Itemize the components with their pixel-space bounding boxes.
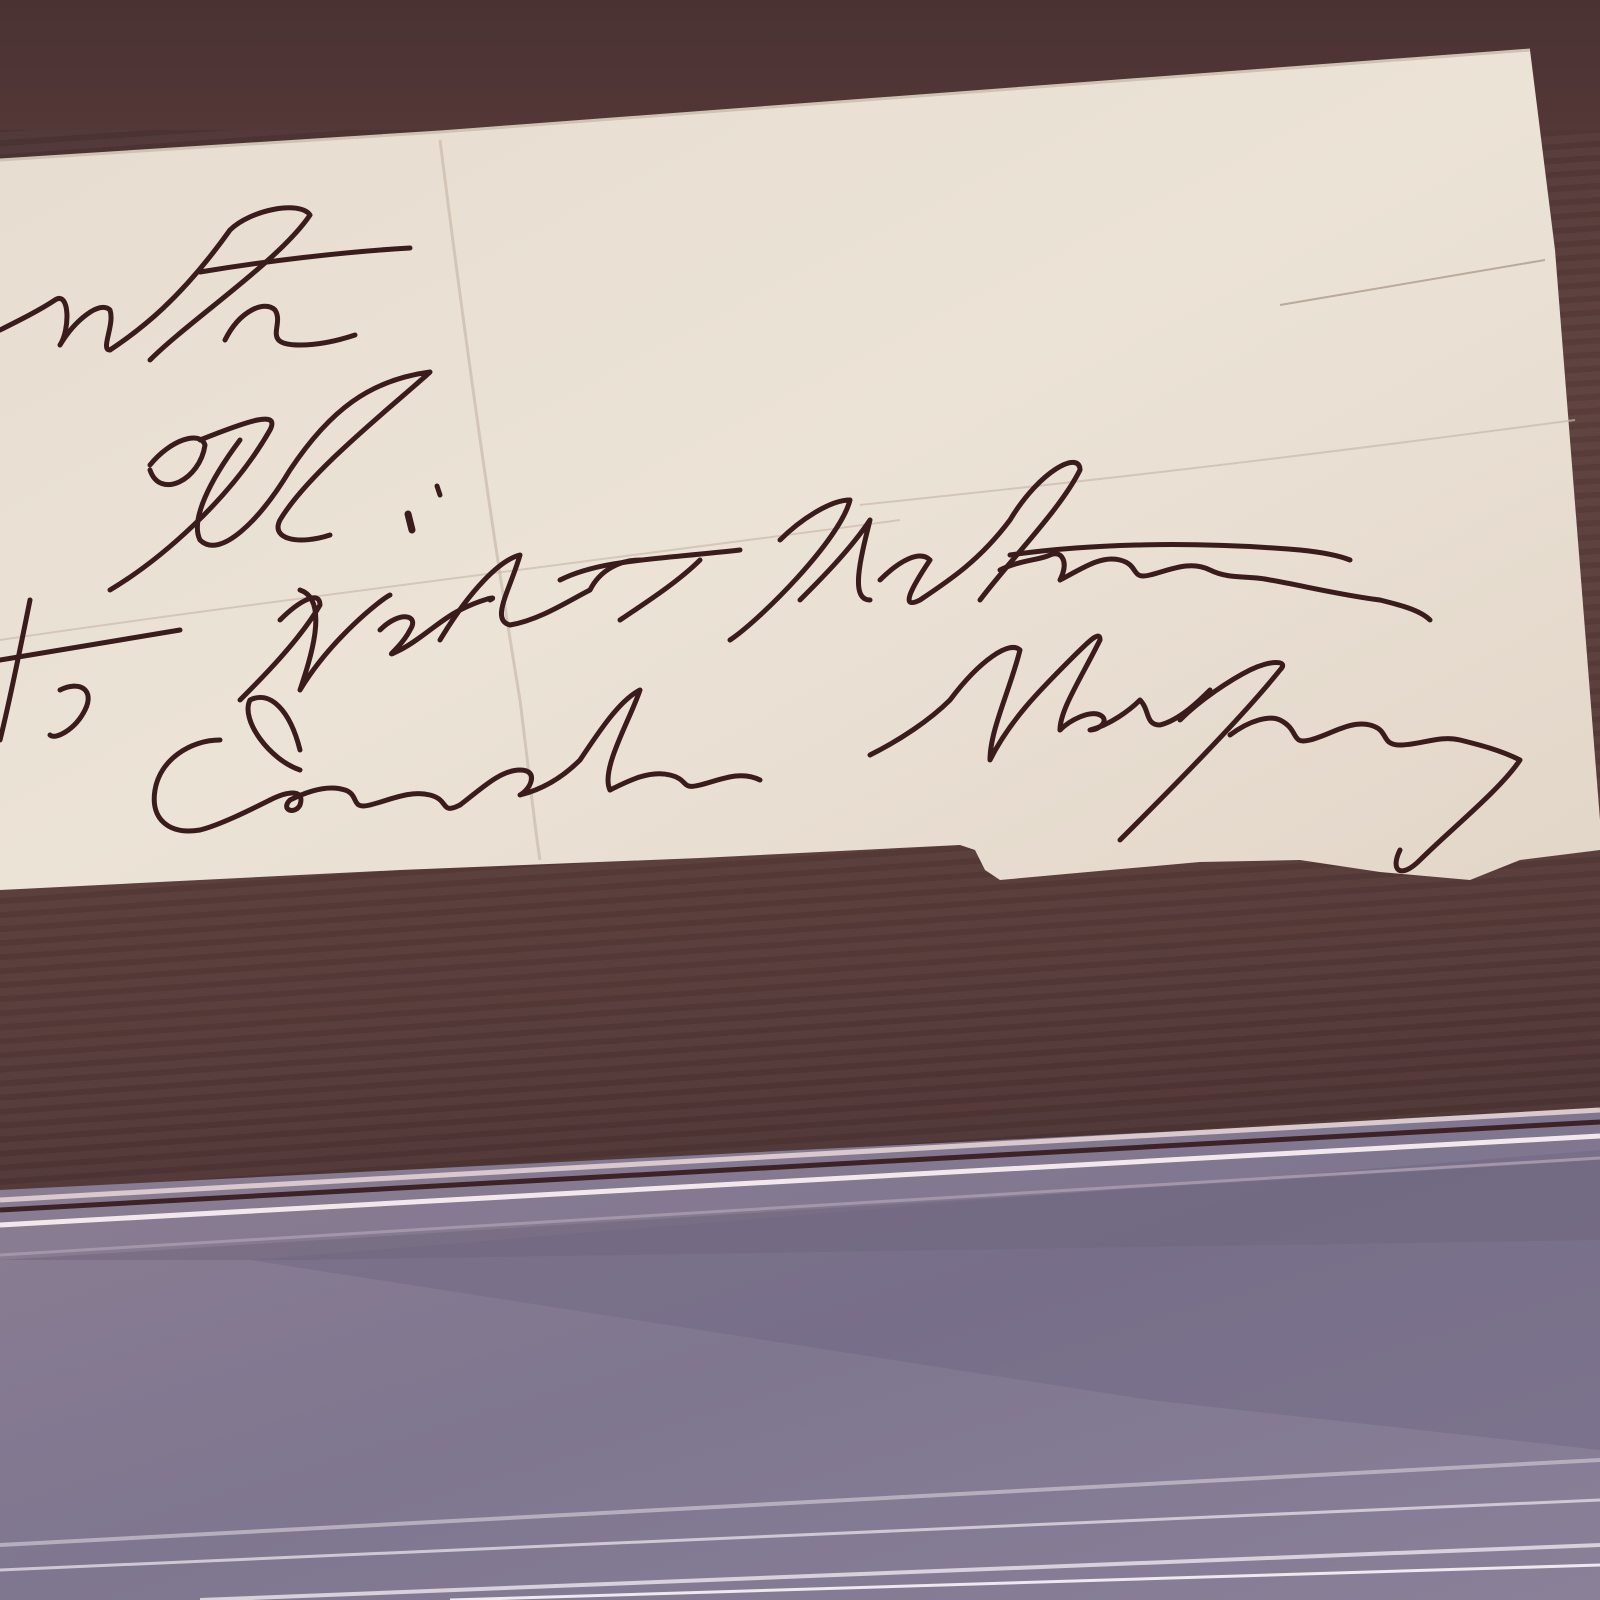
photo-scene: ...onth Ill: to Walt Whitman Camden New … (0, 0, 1600, 1600)
paper-fragment (0, 0, 1600, 1600)
paper-body (0, 50, 1600, 890)
